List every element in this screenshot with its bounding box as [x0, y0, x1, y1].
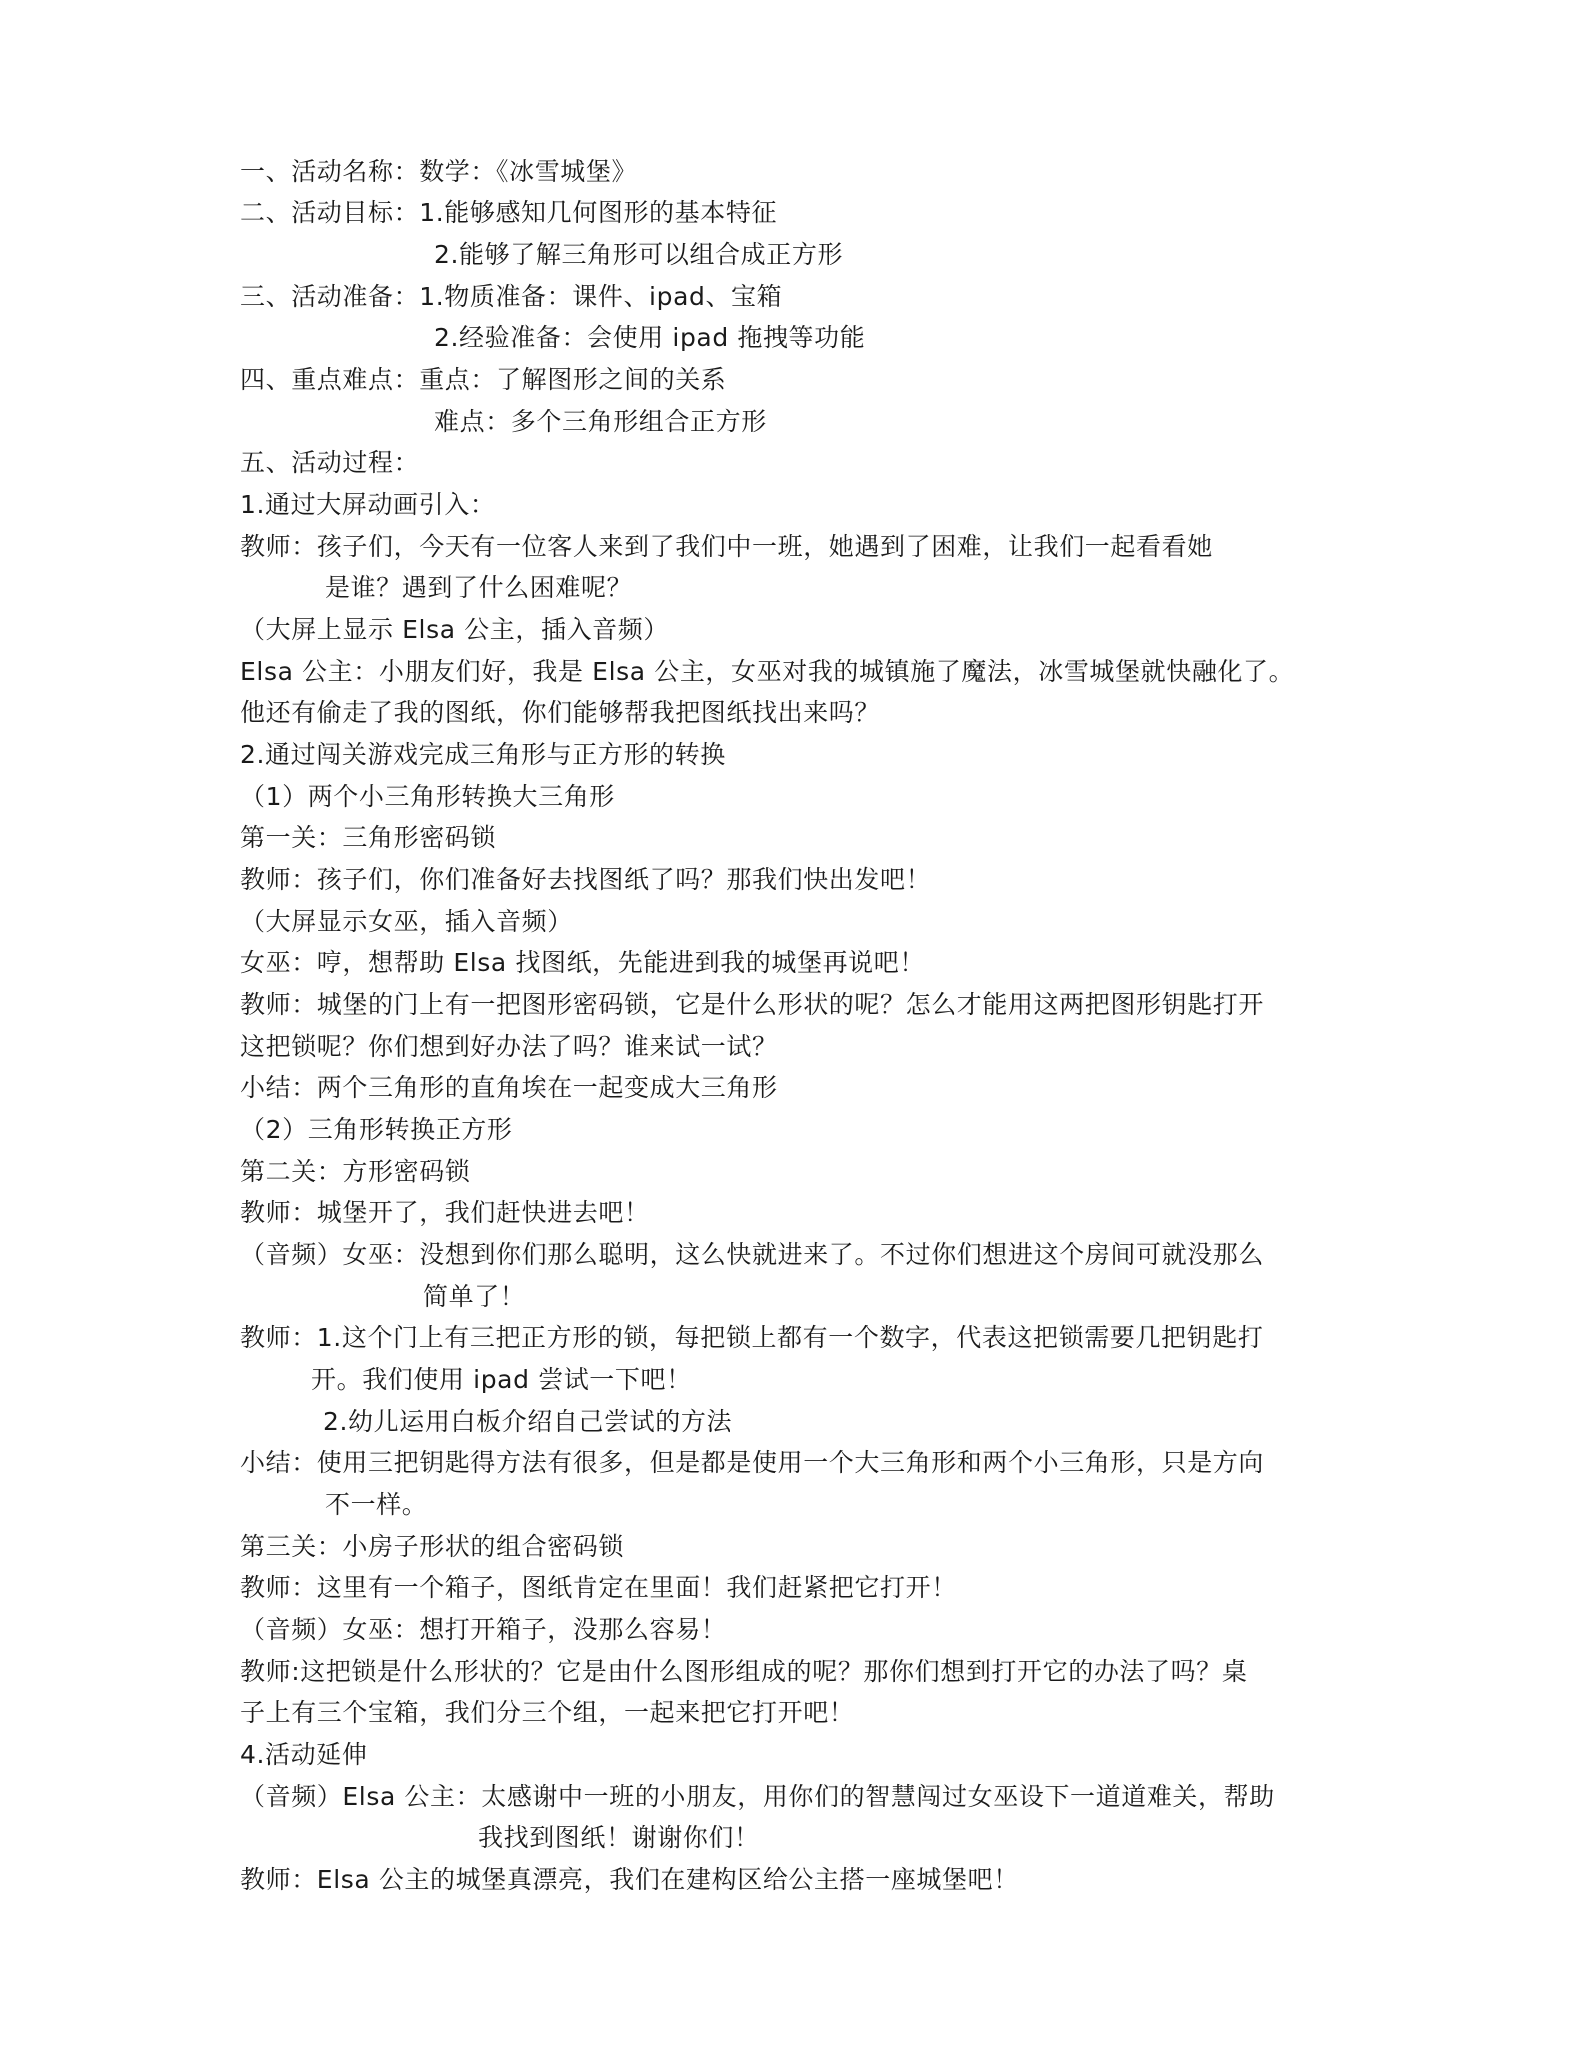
document-line: 子上有三个宝箱，我们分三个组，一起来把它打开吧！ [240, 1698, 854, 1728]
document-line: （1）两个小三角形转换大三角形 [240, 782, 615, 812]
document-line: （音频）女巫：想打开箱子，没那么容易！ [240, 1615, 726, 1645]
document-line: 第一关：三角形密码锁 [240, 823, 496, 853]
document-line: 难点：多个三角形组合正方形 [434, 407, 767, 437]
document-line: 教师：1.这个门上有三把正方形的锁，每把锁上都有一个数字，代表这把锁需要几把钥匙… [240, 1323, 1263, 1353]
document-line: 三、活动准备：1.物质准备：课件、ipad、宝箱 [240, 282, 782, 312]
document-line: 简单了！ [423, 1282, 525, 1312]
document-line: 女巫：哼，想帮助 Elsa 找图纸，先能进到我的城堡再说吧！ [240, 948, 925, 978]
document-line: 是谁？遇到了什么困难呢？ [325, 573, 632, 603]
document-line: （音频）Elsa 公主：太感谢中一班的小朋友，用你们的智慧闯过女巫设下一道道难关… [240, 1782, 1275, 1812]
document-page: 一、活动名称：数学：《冰雪城堡》二、活动目标：1.能够感知几何图形的基本特征2.… [0, 0, 1587, 2052]
document-line: 教师：城堡的门上有一把图形密码锁，它是什么形状的呢？怎么才能用这两把图形钥匙打开 [240, 990, 1264, 1020]
document-line: 他还有偷走了我的图纸，你们能够帮我把图纸找出来吗？ [240, 698, 880, 728]
document-line: （大屏上显示 Elsa 公主，插入音频） [240, 615, 669, 645]
document-line: 一、活动名称：数学：《冰雪城堡》 [240, 157, 637, 187]
document-line: 2.通过闯关游戏完成三角形与正方形的转换 [240, 740, 726, 770]
document-line: 四、重点难点：重点：了解图形之间的关系 [240, 365, 726, 395]
document-line: 开。我们使用 ipad 尝试一下吧！ [311, 1365, 692, 1395]
document-line: 五、活动过程： [240, 448, 419, 478]
document-line: 不一样。 [325, 1490, 427, 1520]
document-line: 2.能够了解三角形可以组合成正方形 [434, 240, 843, 270]
document-line: 这把锁呢？你们想到好办法了吗？谁来试一试？ [240, 1032, 778, 1062]
document-line: （音频）女巫：没想到你们那么聪明，这么快就进来了。不过你们想进这个房间可就没那么 [240, 1240, 1264, 1270]
document-line: 小结：使用三把钥匙得方法有很多，但是都是使用一个大三角形和两个小三角形，只是方向 [240, 1448, 1264, 1478]
document-line: （大屏显示女巫，插入音频） [240, 907, 573, 937]
document-line: （2）三角形转换正方形 [240, 1115, 513, 1145]
document-line: 第三关：小房子形状的组合密码锁 [240, 1532, 624, 1562]
document-line: 二、活动目标：1.能够感知几何图形的基本特征 [240, 198, 777, 228]
document-line: 教师:这把锁是什么形状的？它是由什么图形组成的呢？那你们想到打开它的办法了吗？桌 [240, 1657, 1247, 1687]
document-line: 2.幼儿运用白板介绍自己尝试的方法 [323, 1407, 732, 1437]
document-line: 教师：城堡开了，我们赶快进去吧！ [240, 1198, 650, 1228]
document-line: 教师：这里有一个箱子，图纸肯定在里面！我们赶紧把它打开！ [240, 1573, 957, 1603]
document-line: 教师：Elsa 公主的城堡真漂亮，我们在建构区给公主搭一座城堡吧！ [240, 1865, 1019, 1895]
document-line: Elsa 公主：小朋友们好，我是 Elsa 公主，女巫对我的城镇施了魔法，冰雪城… [240, 657, 1294, 687]
document-line: 教师：孩子们，今天有一位客人来到了我们中一班，她遇到了困难，让我们一起看看她 [240, 532, 1213, 562]
document-line: 小结：两个三角形的直角埃在一起变成大三角形 [240, 1073, 778, 1103]
document-line: 教师：孩子们，你们准备好去找图纸了吗？那我们快出发吧！ [240, 865, 931, 895]
document-line: 2.经验准备：会使用 ipad 拖拽等功能 [434, 323, 865, 353]
document-line: 4.活动延伸 [240, 1740, 367, 1770]
document-line: 1.通过大屏动画引入： [240, 490, 495, 520]
document-line: 第二关：方形密码锁 [240, 1157, 470, 1187]
document-line: 我找到图纸！谢谢你们！ [478, 1823, 760, 1853]
